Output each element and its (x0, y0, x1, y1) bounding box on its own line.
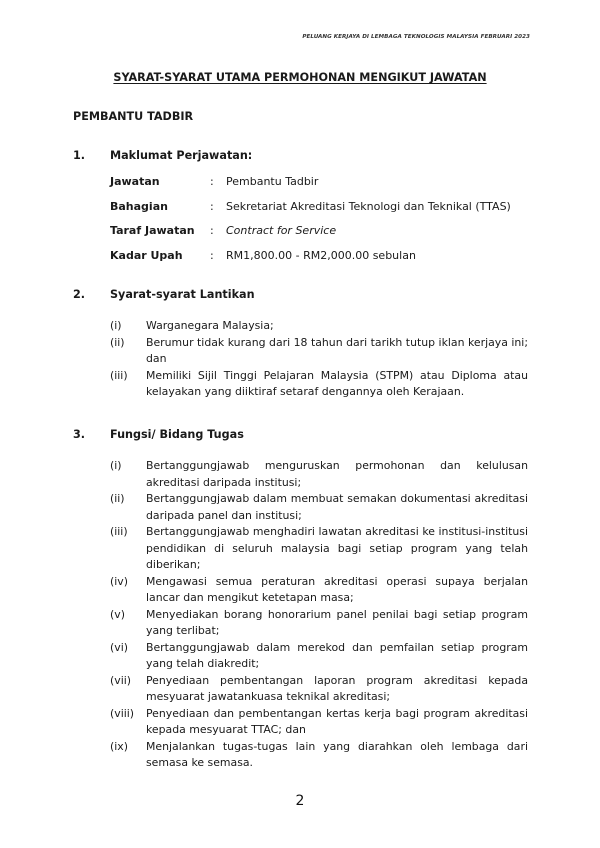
running-header: PELUANG KERJAYA DI LEMBAGA TEKNOLOGIS MA… (302, 34, 530, 40)
list-text: Memiliki Sijil Tinggi Pelajaran Malaysia… (146, 368, 528, 401)
section-title: Syarat-syarat Lantikan (110, 288, 255, 301)
section-title: Maklumat Perjawatan: (110, 149, 252, 162)
list-item: (v) Menyediakan borang honorarium panel … (110, 607, 528, 640)
position-title: PEMBANTU TADBIR (73, 110, 193, 123)
list-marker: (i) (110, 318, 146, 335)
info-value: Pembantu Tadbir (226, 175, 318, 188)
section-2-heading: 2.Syarat-syarat Lantikan (73, 288, 255, 301)
list-marker: (vii) (110, 673, 146, 706)
info-colon: : (210, 200, 226, 213)
section-number: 2. (73, 288, 110, 301)
list-item: (ii) Bertanggungjawab dalam membuat sema… (110, 491, 528, 524)
list-item: (viii) Penyediaan dan pembentangan kerta… (110, 706, 528, 739)
list-marker: (iii) (110, 368, 146, 401)
section-number: 3. (73, 428, 110, 441)
list-item: (iv) Mengawasi semua peraturan akreditas… (110, 574, 528, 607)
page-number: 2 (0, 793, 600, 809)
info-row-bahagian: Bahagian : Sekretariat Akreditasi Teknol… (110, 200, 511, 225)
info-label: Bahagian (110, 200, 210, 213)
list-item: (ii) Berumur tidak kurang dari 18 tahun … (110, 335, 528, 368)
section-3-heading: 3.Fungsi/ Bidang Tugas (73, 428, 244, 441)
list-marker: (ii) (110, 491, 146, 524)
info-row-jawatan: Jawatan : Pembantu Tadbir (110, 175, 511, 200)
document-title: SYARAT-SYARAT UTAMA PERMOHONAN MENGIKUT … (0, 71, 600, 84)
info-label: Jawatan (110, 175, 210, 188)
section-number: 1. (73, 149, 110, 162)
info-value: Contract for Service (226, 224, 336, 237)
list-text: Mengawasi semua peraturan akreditasi ope… (146, 574, 528, 607)
list-item: (iii) Bertanggungjawab menghadiri lawata… (110, 524, 528, 574)
list-marker: (i) (110, 458, 146, 491)
list-text: Penyediaan dan pembentangan kertas kerja… (146, 706, 528, 739)
list-item: (ix) Menjalankan tugas-tugas lain yang d… (110, 739, 528, 772)
list-marker: (iii) (110, 524, 146, 574)
list-text: Menyediakan borang honorarium panel peni… (146, 607, 528, 640)
info-value: Sekretariat Akreditasi Teknologi dan Tek… (226, 200, 511, 213)
list-text: Bertanggungjawab dalam membuat semakan d… (146, 491, 528, 524)
job-info-table: Jawatan : Pembantu Tadbir Bahagian : Sek… (110, 175, 511, 273)
info-colon: : (210, 175, 226, 188)
info-row-taraf-jawatan: Taraf Jawatan : Contract for Service (110, 224, 511, 249)
list-item: (i) Warganegara Malaysia; (110, 318, 528, 335)
list-text: Berumur tidak kurang dari 18 tahun dari … (146, 335, 528, 368)
info-colon: : (210, 224, 226, 237)
info-colon: : (210, 249, 226, 262)
info-value: RM1,800.00 - RM2,000.00 sebulan (226, 249, 416, 262)
list-marker: (ix) (110, 739, 146, 772)
list-text: Menjalankan tugas-tugas lain yang diarah… (146, 739, 528, 772)
list-marker: (ii) (110, 335, 146, 368)
list-text: Bertanggungjawab menghadiri lawatan akre… (146, 524, 528, 574)
list-item: (iii) Memiliki Sijil Tinggi Pelajaran Ma… (110, 368, 528, 401)
info-label: Taraf Jawatan (110, 224, 210, 237)
list-item: (vii) Penyediaan pembentangan laporan pr… (110, 673, 528, 706)
info-label: Kadar Upah (110, 249, 210, 262)
info-row-kadar-upah: Kadar Upah : RM1,800.00 - RM2,000.00 seb… (110, 249, 511, 274)
list-text: Warganegara Malaysia; (146, 318, 528, 335)
list-item: (i) Bertanggungjawab menguruskan permoho… (110, 458, 528, 491)
list-text: Bertanggungjawab menguruskan permohonan … (146, 458, 528, 491)
list-marker: (v) (110, 607, 146, 640)
list-text: Penyediaan pembentangan laporan program … (146, 673, 528, 706)
list-text: Bertanggungjawab dalam merekod dan pemfa… (146, 640, 528, 673)
section-1-heading: 1.Maklumat Perjawatan: (73, 149, 252, 162)
duties-list: (i) Bertanggungjawab menguruskan permoho… (110, 458, 528, 772)
appointment-requirements-list: (i) Warganegara Malaysia; (ii) Berumur t… (110, 318, 528, 401)
section-title: Fungsi/ Bidang Tugas (110, 428, 244, 441)
list-marker: (iv) (110, 574, 146, 607)
list-item: (vi) Bertanggungjawab dalam merekod dan … (110, 640, 528, 673)
list-marker: (viii) (110, 706, 146, 739)
list-marker: (vi) (110, 640, 146, 673)
